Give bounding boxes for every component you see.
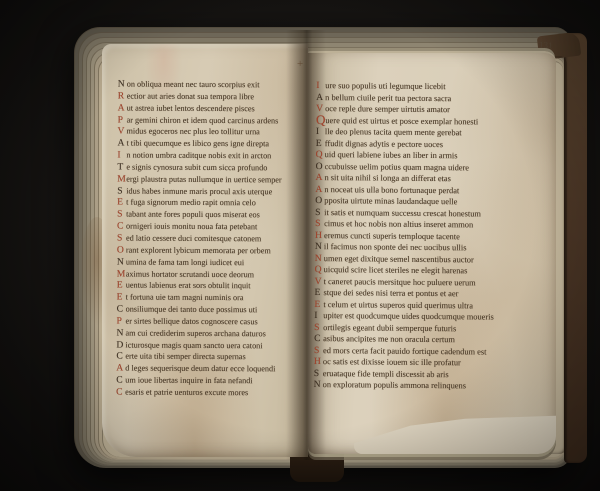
manuscript-line: A t tibi quecumque es libico gens igne d…: [117, 138, 305, 151]
line-initial: C: [117, 304, 126, 316]
line-initial: M: [117, 173, 126, 185]
line-initial: A: [118, 102, 127, 114]
line-text: ergi plaustra putas nullumque in uertice…: [126, 173, 305, 186]
manuscript-line: E t fortuna uie tam magni numinis ora: [117, 292, 305, 305]
line-initial: O: [117, 244, 126, 256]
line-text: d leges sequerisque deum datur ecce loqu…: [125, 363, 304, 376]
manuscript-line: S ed latio cessere duci comitesque caton…: [117, 232, 305, 245]
line-text: am cui crediderim superos archana daturo…: [125, 327, 304, 340]
line-initial: A: [315, 172, 324, 184]
line-initial: N: [315, 253, 324, 265]
line-text: tabant ante fores populi quos miserat eo…: [126, 209, 305, 222]
manuscript-line: N on exploratum populis ammona relinquen…: [314, 379, 542, 392]
leather-cover-edge: [564, 33, 587, 463]
line-initial: S: [314, 368, 323, 380]
line-initial: S: [315, 207, 324, 219]
line-initial: H: [315, 230, 324, 242]
line-initial: S: [117, 185, 126, 197]
line-initial: N: [117, 256, 126, 268]
line-initial: N: [315, 241, 324, 253]
line-text: idus habes inmune maris procul axis uter…: [126, 185, 305, 198]
line-text: t fuga signorum medio rapit omnia celo: [126, 197, 305, 210]
line-text: onsiliumque dei tanto duce possimus uti: [126, 304, 305, 317]
manuscript-line: N am cui crediderim superos archana datu…: [116, 327, 304, 340]
manuscript-line: C erte uita tibi semper directa supernas: [116, 351, 304, 364]
line-text: umina de fama tam longi iudicet eui: [126, 256, 305, 269]
line-text: ut astrea iubet lentos descendere pisces: [127, 102, 306, 115]
recto-text-column: I ure suo populis uti legumque licebit A…: [314, 80, 545, 392]
line-text: aximus hortator scrutandi uoce deorum: [126, 268, 305, 281]
line-initial: C: [116, 351, 125, 363]
line-initial: A: [315, 184, 324, 196]
manuscript-photo: + 131 N on obliqua meant nec tauro scorp…: [0, 0, 600, 491]
line-initial: O: [316, 161, 325, 173]
line-initial: A: [116, 363, 125, 375]
line-initial: C: [314, 333, 323, 345]
manuscript-line: E uentus labienus erat sors obtulit inqu…: [117, 280, 305, 293]
manuscript-line: C um ioue libertas inquire in fata nefan…: [116, 375, 304, 388]
line-text: erte uita tibi semper directa supernas: [125, 351, 304, 364]
manuscript-line: S tabant ante fores populi quos miserat …: [117, 209, 305, 222]
line-initial: Q: [315, 264, 324, 276]
manuscript-line: C onsiliumque dei tanto duce possimus ut…: [117, 304, 305, 317]
line-initial: A: [316, 92, 325, 104]
manuscript-line: I n notion umbra caditque nobis exit in …: [117, 150, 305, 163]
line-text: esaris et patrie uenturos excute mores: [125, 386, 304, 399]
line-text: e signis cynosura subit cum sicca profun…: [126, 161, 305, 174]
line-initial: C: [116, 386, 125, 398]
line-initial: E: [117, 292, 126, 304]
line-initial: C: [116, 375, 125, 387]
line-initial: S: [314, 345, 323, 357]
line-initial: V: [315, 276, 324, 288]
line-initial: E: [117, 280, 126, 292]
line-initial: E: [314, 287, 323, 299]
line-initial: S: [117, 232, 126, 244]
line-initial: P: [117, 315, 126, 327]
line-initial: S: [117, 209, 126, 221]
line-initial: E: [314, 299, 323, 311]
line-text: ar gemini chiron et idem quod carcinus a…: [127, 114, 306, 127]
manuscript-line: N umina de fama tam longi iudicet eui: [117, 256, 305, 269]
line-initial: T: [117, 161, 126, 173]
line-initial: A: [117, 138, 126, 150]
line-text: ectior aut aries donat sua tempora libre: [127, 90, 306, 103]
line-text: icturosque magis quam sancto uera catoni: [125, 339, 304, 352]
line-text: uentus labienus erat sors obtulit inquit: [126, 280, 305, 293]
line-initial: V: [316, 103, 325, 115]
line-text: t tibi quecumque es libico gens igne dir…: [126, 138, 305, 151]
parchment-repair-patch: [354, 405, 556, 454]
line-initial: E: [117, 197, 126, 209]
manuscript-line: P ar gemini chiron et idem quod carcinus…: [118, 114, 306, 127]
line-initial: M: [117, 268, 126, 280]
manuscript-line: N on obliqua meant nec tauro scorpius ex…: [118, 79, 306, 92]
line-initial: N: [116, 327, 125, 339]
manuscript-line: C esaris et patrie uenturos excute mores: [116, 386, 304, 399]
manuscript-line: A d leges sequerisque deum datur ecce lo…: [116, 363, 304, 376]
line-initial: I: [316, 126, 325, 138]
line-text: midus egoceros nec plus leo tollitur urn…: [127, 126, 306, 139]
line-initial: N: [118, 79, 127, 91]
manuscript-line: T e signis cynosura subit cum sicca prof…: [117, 161, 305, 174]
manuscript-line: A ut astrea iubet lentos descendere pisc…: [118, 102, 306, 115]
manuscript-line: M ergi plaustra putas nullumque in uerti…: [117, 173, 305, 186]
line-initial: O: [315, 195, 324, 207]
line-text: t fortuna uie tam magni numinis ora: [126, 292, 305, 305]
manuscript-line: O rant explorent lybicum memorata per or…: [117, 244, 305, 257]
line-text: ed latio cessere duci comitesque catonem: [126, 233, 305, 246]
manuscript-line: V midus egoceros nec plus leo tollitur u…: [118, 126, 306, 139]
line-initial: I: [314, 310, 323, 322]
line-initial: H: [314, 356, 323, 368]
line-initial: S: [314, 322, 323, 334]
line-text: um ioue libertas inquire in fata nefandi: [125, 375, 304, 388]
line-initial: S: [315, 218, 324, 230]
manuscript-line: M aximus hortator scrutandi uoce deorum: [117, 268, 305, 281]
line-initial: P: [118, 114, 127, 126]
line-initial: I: [117, 150, 126, 162]
line-initial: V: [118, 126, 127, 138]
manuscript-line: R ectior aut aries donat sua tempora lib…: [118, 90, 306, 103]
manuscript-line: C ornigeri iouis monitu noua fata peteba…: [117, 221, 305, 234]
line-text: er sirtes bellique datos cognoscere casu…: [126, 315, 305, 328]
line-initial: N: [314, 379, 323, 391]
folio-number: 131: [539, 40, 553, 51]
line-initial: E: [316, 138, 325, 150]
line-text: on exploratum populis ammona relinquens: [323, 379, 542, 392]
line-initial: D: [116, 339, 125, 351]
line-initial: C: [117, 221, 126, 233]
line-initial: Q: [316, 149, 325, 161]
line-text: rant explorent lybicum memorata per orbe…: [126, 244, 305, 257]
line-initial: R: [118, 90, 127, 102]
verso-text-column: N on obliqua meant nec tauro scorpius ex…: [116, 79, 306, 400]
manuscript-line: P er sirtes bellique datos cognoscere ca…: [117, 315, 305, 328]
line-text: on obliqua meant nec tauro scorpius exit: [127, 79, 306, 92]
manuscript-line: D icturosque magis quam sancto uera cato…: [116, 339, 304, 352]
manuscript-line: E t fuga signorum medio rapit omnia celo: [117, 197, 305, 210]
line-initial: Q: [316, 115, 325, 127]
manuscript-line: S idus habes inmune maris procul axis ut…: [117, 185, 305, 198]
line-text: ornigeri iouis monitu noua fata petebant: [126, 221, 305, 234]
line-text: n notion umbra caditque nobis exit in ar…: [126, 150, 305, 163]
line-initial: I: [316, 80, 325, 92]
